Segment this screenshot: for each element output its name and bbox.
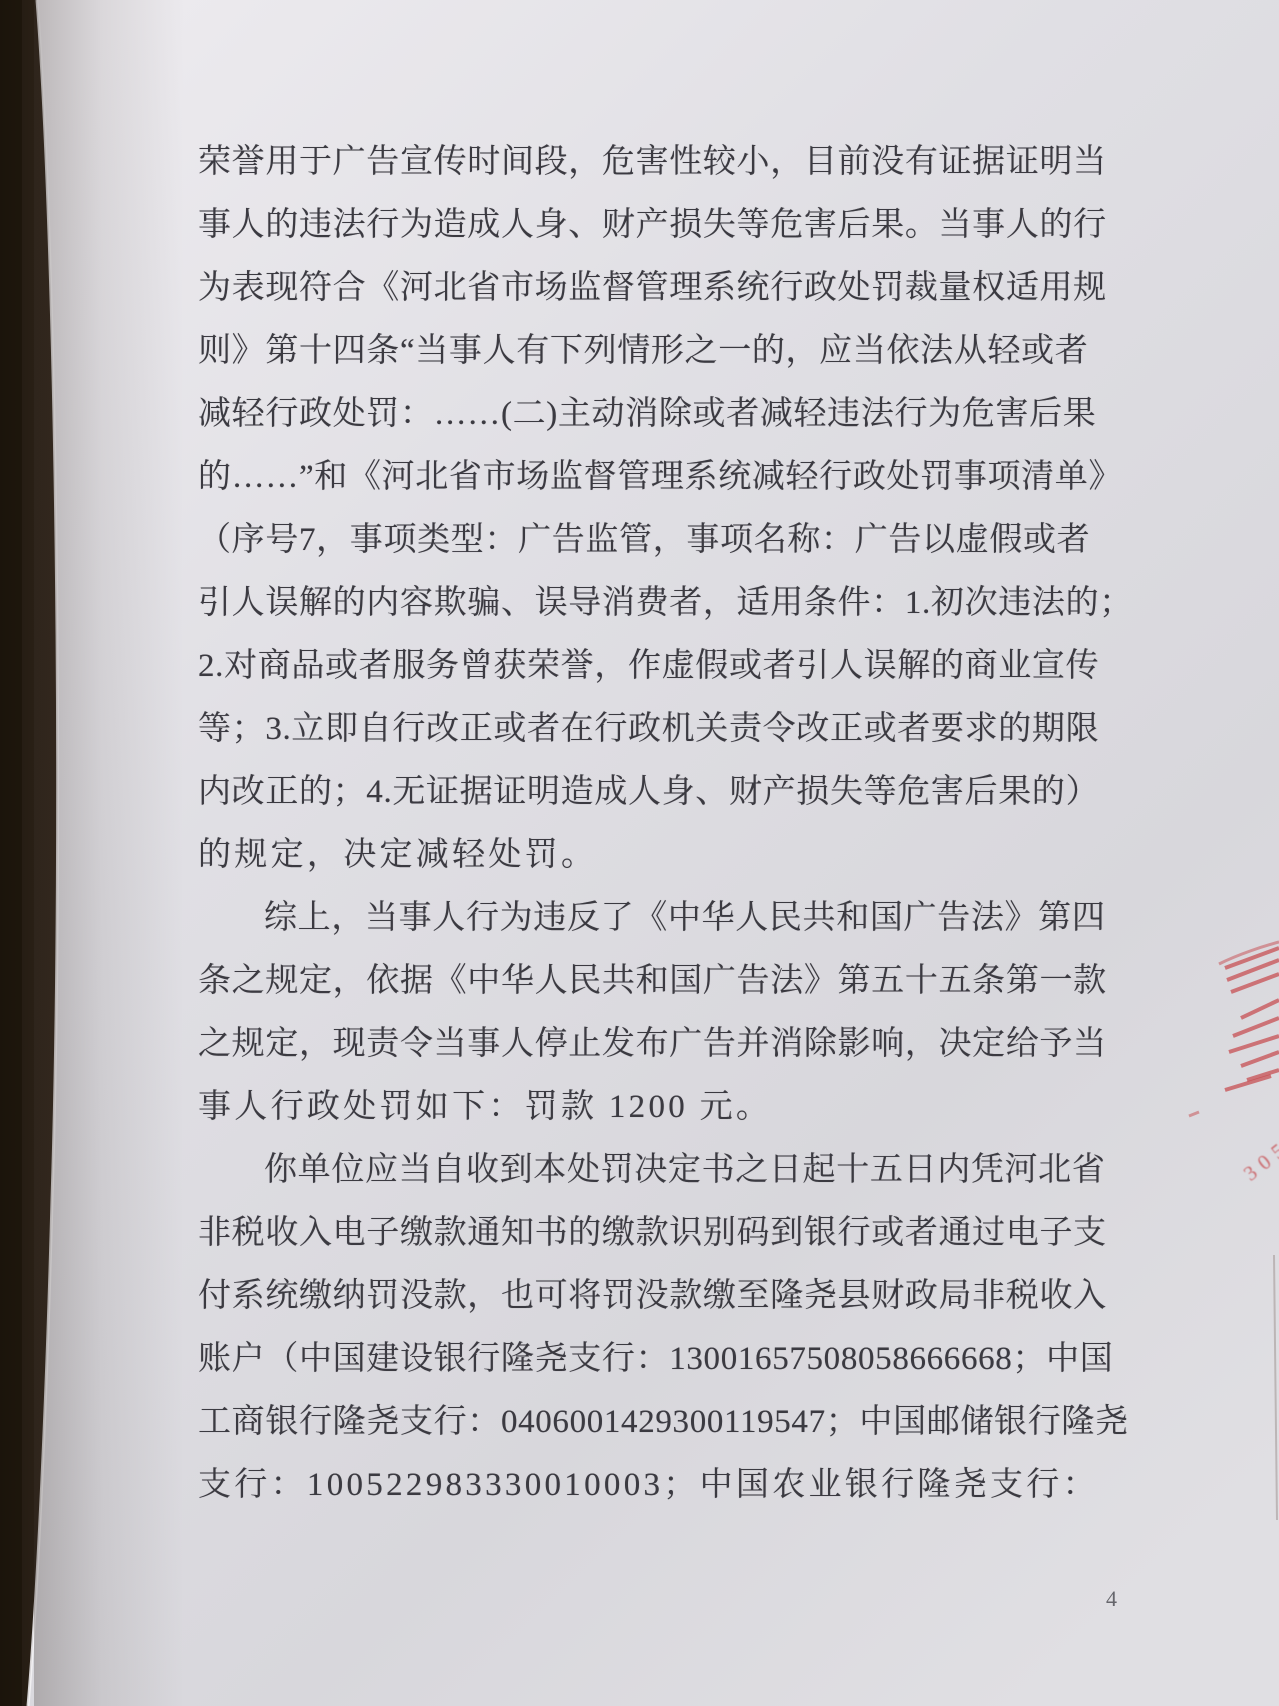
document-line: 引人误解的内容欺骗、误导消费者，适用条件：1.初次违法的； [198,572,1066,635]
document-line: 的……”和《河北省市场监督管理系统减轻行政处罚事项清单》 [198,446,1066,509]
document-line: 荣誉用于广告宣传时间段，危害性较小，目前没有证据证明当 [198,131,1066,194]
document-line: 你单位应当自收到本处罚决定书之日起十五日内凭河北省 [198,1139,1066,1202]
document-line: 事人的违法行为造成人身、财产损失等危害后果。当事人的行 [198,194,1066,257]
document-line: 综上，当事人行为违反了《中华人民共和国广告法》第四 [198,887,1066,950]
document-text: 荣誉用于广告宣传时间段，危害性较小，目前没有证据证明当 事人的违法行为造成人身、… [198,131,1066,1517]
document-line: （序号7，事项类型：广告监管，事项名称：广告以虚假或者 [198,509,1066,572]
document-line: 账户（中国建设银行隆尧支行：13001657508058666668；中国 [198,1328,1066,1391]
document-line: 2.对商品或者服务曾获荣誉，作虚假或者引人误解的商业宣传 [198,635,1066,698]
document-line: 之规定，现责令当事人停止发布广告并消除影响，决定给予当 [198,1013,1066,1076]
document-line: 条之规定，依据《中华人民共和国广告法》第五十五条第一款 [198,950,1066,1013]
document-line: 非税收入电子缴款通知书的缴款识别码到银行或者通过电子支 [198,1202,1066,1265]
document-photo: 荣誉用于广告宣传时间段，危害性较小，目前没有证据证明当 事人的违法行为造成人身、… [0,0,1279,1706]
document-line: 工商银行隆尧支行：0406001429300119547；中国邮储银行隆尧 [198,1391,1066,1454]
document-line: 则》第十四条“当事人有下列情形之一的，应当依法从轻或者 [198,320,1066,383]
page-number: 4 [1106,1586,1118,1612]
document-line: 减轻行政处罚：……(二)主动消除或者减轻违法行为危害后果 [198,383,1066,446]
document-line: 等；3.立即自行改正或者在行政机关责令改正或者要求的期限 [198,698,1066,761]
document-line: 内改正的；4.无证据证明造成人身、财产损失等危害后果的） [198,761,1066,824]
document-line: 为表现符合《河北省市场监督管理系统行政处罚裁量权适用规 [198,257,1066,320]
document-line: 的规定，决定减轻处罚。 [198,824,1066,887]
document-line: 付系统缴纳罚没款，也可将罚没款缴至隆尧县财政局非税收入 [198,1265,1066,1328]
document-line: 支行：100522983330010003；中国农业银行隆尧支行： [198,1454,1066,1517]
document-line: 事人行政处罚如下：罚款 1200 元。 [198,1076,1066,1139]
